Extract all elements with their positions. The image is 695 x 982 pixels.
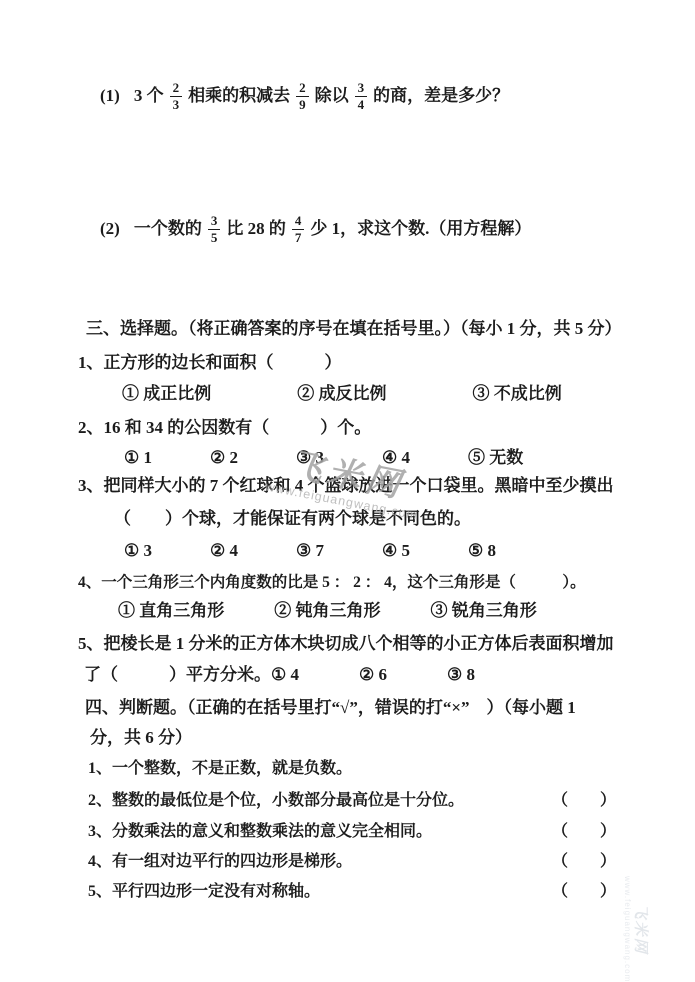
judge-item-text: 1、一个整数，不是正数，就是负数。 bbox=[88, 760, 352, 777]
fraction: 3 4 bbox=[355, 80, 368, 112]
option-item: ② 2 bbox=[210, 447, 238, 469]
judge-section-title-line1: 四、判断题。（正确的在括号里打“√”，错误的打“×” ）（每小题 1 bbox=[85, 697, 576, 719]
judge-item-5: 5、平行四边形一定没有对称轴。 （ ） bbox=[88, 881, 648, 903]
fraction-denominator: 5 bbox=[208, 230, 221, 246]
fraction: 2 9 bbox=[296, 80, 309, 112]
fraction: 4 7 bbox=[292, 213, 305, 245]
option-item: ③ 8 bbox=[447, 664, 475, 686]
judge-item-text: 5、平行四边形一定没有对称轴。 bbox=[88, 883, 320, 900]
option-item: ③ 锐角三角形 bbox=[431, 600, 537, 622]
option-item: ① 直角三角形 bbox=[118, 600, 224, 622]
choice-q2-options: ① 1 ② 2 ③ 3 ④ 4 ⑤ 无数 bbox=[124, 447, 523, 469]
fraction-numerator: 2 bbox=[170, 80, 183, 97]
problem-text: 比 28 的 bbox=[226, 218, 286, 240]
problem-text: 相乘的积减去 bbox=[188, 85, 290, 107]
choice-q4-options: ① 直角三角形 ② 钝角三角形 ③ 锐角三角形 bbox=[118, 600, 537, 622]
judge-item-4: 4、有一组对边平行的四边形是梯形。 （ ） bbox=[88, 851, 648, 873]
problem-text: 一个数的 bbox=[134, 218, 202, 240]
judge-item-2: 2、整数的最低位是个位，小数部分最高位是十分位。 （ ） bbox=[88, 790, 648, 812]
judge-item-1: 1、一个整数，不是正数，就是负数。 bbox=[88, 758, 648, 780]
option-item: ③ 7 bbox=[296, 540, 324, 562]
option-item: ① 1 bbox=[124, 447, 152, 469]
fraction: 3 5 bbox=[208, 213, 221, 245]
word-problem-1: (1) 3 个 2 3 相乘的积减去 2 9 除以 3 4 的商，差是多少？ bbox=[100, 70, 511, 122]
choice-q5-line1: 5、把棱长是 1 分米的正方体木块切成八个相等的小正方体后表面积增加 bbox=[78, 633, 614, 655]
option-item: ④ 5 bbox=[382, 540, 410, 562]
judge-section-title-line2: 分，共 6 分） bbox=[90, 727, 192, 749]
problem-text: 少 1，求这个数.（用方程解） bbox=[310, 218, 531, 240]
choice-q1-options: ① 成正比例 ② 成反比例 ③ 不成比例 bbox=[122, 383, 562, 405]
option-item: ① 成正比例 bbox=[122, 383, 211, 405]
fraction-numerator: 2 bbox=[296, 80, 309, 97]
word-problem-2: (2) 一个数的 3 5 比 28 的 4 7 少 1，求这个数.（用方程解） bbox=[100, 203, 533, 255]
answer-bracket: （ ） bbox=[552, 790, 616, 812]
fraction-denominator: 4 bbox=[355, 97, 368, 113]
choice-q3-line1: 3、把同样大小的 7 个红球和 4 个篮球放进一个口袋里。黑暗中至少摸出 bbox=[78, 475, 614, 497]
judge-item-text: 3、分数乘法的意义和整数乘法的意义完全相同。 bbox=[88, 823, 432, 840]
answer-bracket: （ ） bbox=[552, 881, 616, 903]
judge-item-text: 4、有一组对边平行的四边形是梯形。 bbox=[88, 853, 352, 870]
choice-q4-text: 4、一个三角形三个内角度数的比是 5 ： 2 ： 4，这个三角形是（ ）。 bbox=[78, 572, 586, 594]
fraction-denominator: 9 bbox=[296, 97, 309, 113]
problem-number: (2) bbox=[100, 218, 120, 240]
choice-section-title: 三、选择题。（将正确答案的序号在填在括号里。）（每小 1 分，共 5 分） bbox=[86, 318, 622, 340]
option-item: ⑤ 无数 bbox=[468, 447, 523, 469]
fraction-numerator: 3 bbox=[355, 80, 368, 97]
problem-text: 3 个 bbox=[134, 85, 164, 107]
option-item: ③ 3 bbox=[296, 447, 324, 469]
choice-q1-text: 1、正方形的边长和面积（ ） bbox=[78, 352, 342, 374]
choice-q5-prefix: 了（ ）平方分米。 bbox=[84, 664, 271, 686]
choice-q3-options: ① 3 ② 4 ③ 7 ④ 5 ⑤ 8 bbox=[124, 540, 496, 562]
fraction-denominator: 3 bbox=[170, 97, 183, 113]
option-item: ① 4 bbox=[271, 664, 299, 686]
answer-bracket: （ ） bbox=[552, 821, 616, 843]
option-item: ④ 4 bbox=[382, 447, 410, 469]
choice-q5-line2: 了（ ）平方分米。 ① 4 ② 6 ③ 8 bbox=[84, 664, 475, 686]
option-item: ① 3 bbox=[124, 540, 152, 562]
option-item: ② 4 bbox=[210, 540, 238, 562]
answer-bracket: （ ） bbox=[552, 851, 616, 873]
fraction: 2 3 bbox=[170, 80, 183, 112]
problem-number: (1) bbox=[100, 85, 120, 107]
option-item: ⑤ 8 bbox=[468, 540, 496, 562]
fraction-numerator: 4 bbox=[292, 213, 305, 230]
judge-item-3: 3、分数乘法的意义和整数乘法的意义完全相同。 （ ） bbox=[88, 821, 648, 843]
option-item: ② 钝角三角形 bbox=[274, 600, 380, 622]
option-item: ② 6 bbox=[359, 664, 387, 686]
fraction-numerator: 3 bbox=[208, 213, 221, 230]
choice-q3-line2: （ ）个球，才能保证有两个球是不同色的。 bbox=[114, 508, 471, 530]
problem-text: 除以 bbox=[315, 85, 349, 107]
choice-q2-text: 2、16 和 34 的公因数有（ ）个。 bbox=[78, 417, 371, 439]
problem-text: 的商，差是多少？ bbox=[373, 85, 509, 107]
option-item: ③ 不成比例 bbox=[473, 383, 562, 405]
fraction-denominator: 7 bbox=[292, 230, 305, 246]
exam-paper-page: (1) 3 个 2 3 相乘的积减去 2 9 除以 3 4 的商，差是多少？ (… bbox=[0, 0, 695, 982]
judge-item-text: 2、整数的最低位是个位，小数部分最高位是十分位。 bbox=[88, 792, 464, 809]
option-item: ② 成反比例 bbox=[297, 383, 386, 405]
